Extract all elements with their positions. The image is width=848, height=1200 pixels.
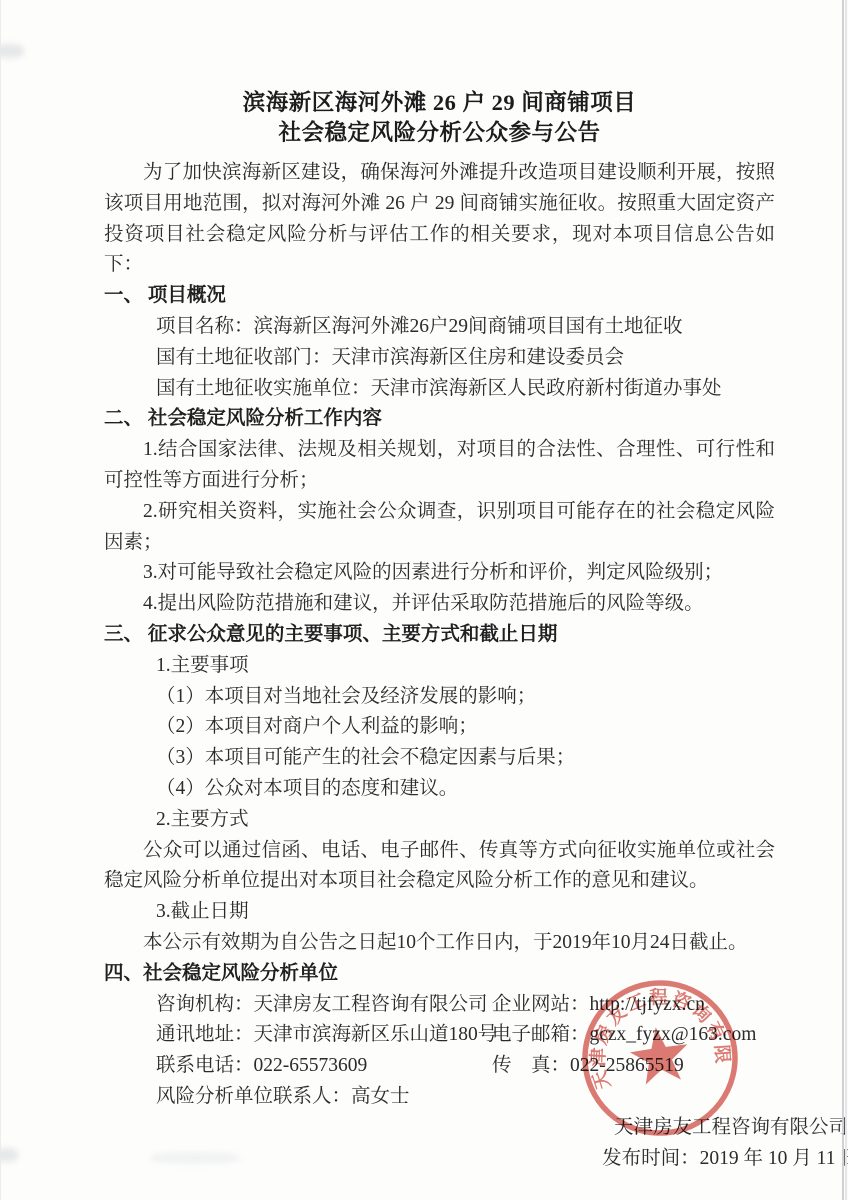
scan-right-edge	[842, 0, 844, 1200]
main-matters-title: 1.主要事项	[156, 651, 775, 682]
project-name-line: 项目名称：滨海新区海河外滩26户29间商铺项目国有土地征收	[156, 312, 775, 343]
matter-item-3: （3）本项目可能产生的社会不稳定因素与后果；	[156, 743, 775, 774]
scan-left-edge	[0, 0, 1, 1200]
scan-artifact	[150, 1152, 240, 1164]
main-method-text: 公众可以通过信函、电话、电子邮件、传真等方式向征收实施单位或社会稳定风险分析单位…	[104, 836, 775, 898]
publish-date: 发布时间：2019 年 10 月 11 日	[581, 1144, 848, 1175]
signature-block: 天津房友工程咨询有限公司 发布时间：2019 年 10 月 11 日	[581, 1113, 848, 1175]
contact-row: 联系电话：022-65573609 传 真：022-25865519	[104, 1051, 775, 1082]
document-content: 滨海新区海河外滩 26 户 29 间商铺项目 社会稳定风险分析公众参与公告 为了…	[104, 88, 775, 1174]
section4-heading: 四、社会稳定风险分析单位	[104, 959, 775, 990]
scan-artifact	[0, 44, 24, 58]
scan-artifact	[0, 1148, 18, 1162]
document-body: 为了加快滨海新区建设，确保海河外滩提升改造项目建设顺利开展，按照该项目用地范围，…	[104, 158, 775, 1174]
section1-heading: 一、 项目概况	[104, 281, 775, 312]
land-authority-line: 国有土地征收部门：天津市滨海新区住房和建设委员会	[156, 343, 775, 374]
scan-right-edge-light	[845, 0, 847, 1200]
contact-table: 咨询机构：天津房友工程咨询有限公司 企业网站：http://tjfyzx.cn …	[104, 990, 775, 1113]
document-title: 滨海新区海河外滩 26 户 29 间商铺项目 社会稳定风险分析公众参与公告	[104, 88, 775, 148]
contact-phone: 联系电话：022-65573609	[156, 1051, 367, 1082]
scanned-document-page: 滨海新区海河外滩 26 户 29 间商铺项目 社会稳定风险分析公众参与公告 为了…	[0, 0, 848, 1200]
implementing-unit-line: 国有土地征收实施单位：天津市滨海新区人民政府新村街道办事处	[156, 374, 775, 405]
mailing-address: 通讯地址：天津市滨海新区乐山道180号	[156, 1020, 497, 1051]
company-website: 企业网站：http://tjfyzx.cn	[492, 990, 705, 1021]
section3-heading: 三、 征求公众意见的主要事项、主要方式和截止日期	[104, 620, 775, 651]
main-method-title: 2.主要方式	[156, 805, 775, 836]
analysis-point-3: 3.对可能导致社会稳定风险的因素进行分析和评价，判定风险级别；	[104, 558, 775, 589]
matter-item-2: （2）本项目对商户个人利益的影响；	[156, 712, 775, 743]
matter-item-1: （1）本项目对当地社会及经济发展的影响；	[156, 682, 775, 713]
analysis-point-4: 4.提出风险防范措施和建议，并评估采取防范措施后的风险等级。	[104, 589, 775, 620]
signature-company: 天津房友工程咨询有限公司	[581, 1113, 848, 1144]
matter-item-4: （4）公众对本项目的态度和建议。	[156, 774, 775, 805]
fax-number: 传 真：022-25865519	[492, 1051, 684, 1082]
title-line-2: 社会稳定风险分析公众参与公告	[104, 118, 775, 148]
deadline-title: 3.截止日期	[156, 897, 775, 928]
email-address: 电子邮箱：gczx_fyzx@163.com	[492, 1020, 756, 1051]
contact-row: 通讯地址：天津市滨海新区乐山道180号 电子邮箱：gczx_fyzx@163.c…	[104, 1020, 775, 1051]
analysis-point-1: 1.结合国家法律、法规及相关规划，对项目的合法性、合理性、可行性和可控性等方面进…	[104, 435, 775, 497]
title-line-1: 滨海新区海河外滩 26 户 29 间商铺项目	[104, 88, 775, 118]
analysis-point-2: 2.研究相关资料，实施社会公众调查，识别项目可能存在的社会稳定风险因素；	[104, 497, 775, 559]
intro-paragraph: 为了加快滨海新区建设，确保海河外滩提升改造项目建设顺利开展，按照该项目用地范围，…	[104, 158, 775, 281]
contact-row: 风险分析单位联系人：高女士	[104, 1082, 775, 1113]
contact-person: 风险分析单位联系人：高女士	[156, 1082, 410, 1113]
deadline-text: 本公示有效期为自公告之日起10个工作日内，于2019年10月24日截止。	[104, 928, 775, 959]
contact-row: 咨询机构：天津房友工程咨询有限公司 企业网站：http://tjfyzx.cn	[104, 990, 775, 1021]
consulting-agency: 咨询机构：天津房友工程咨询有限公司	[156, 990, 488, 1021]
section2-heading: 二、 社会稳定风险分析工作内容	[104, 404, 775, 435]
